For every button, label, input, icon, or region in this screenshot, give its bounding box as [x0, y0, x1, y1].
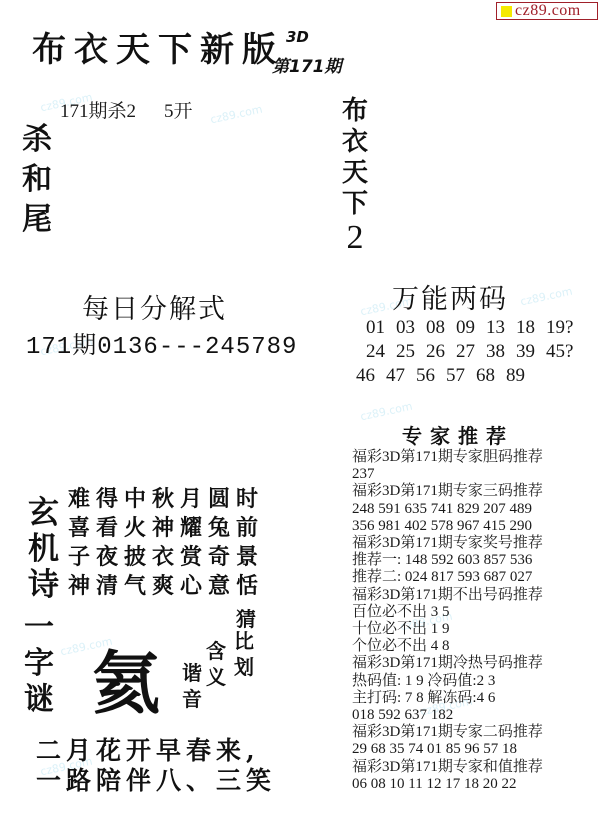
label-char: 下 [342, 189, 368, 220]
expert-line: 福彩3D第171期专家二码推荐 [352, 724, 592, 741]
verse-line: 二月花开早春来, [36, 736, 276, 766]
poem-line: 神清气爽心意恬 [68, 572, 264, 601]
expert-line: 福彩3D第171期专家胆码推荐 [352, 449, 592, 466]
label-char: 音 [182, 686, 202, 712]
page-title: 布衣天下新版 [32, 22, 284, 71]
label-char: 字 [24, 646, 54, 682]
game-label: 3D [286, 28, 309, 46]
expert-list: 福彩3D第171期专家胆码推荐 237 福彩3D第171期专家三码推荐 248 … [352, 449, 592, 793]
label-char: 天 [342, 158, 368, 189]
hint-strokes: 比 划 [234, 628, 254, 680]
daily-line: 171期0136---245789 [26, 325, 297, 361]
watermark: cz89.com [209, 103, 263, 127]
brand-text: cz89.com [515, 2, 581, 20]
expert-line: 热码值: 1 9 冷码值:2 3 [352, 673, 592, 690]
poem-lines: 难得中秋月圆时 喜看火神耀兔前 子夜披衣赏奇景 神清气爽心意恬 [68, 485, 264, 601]
side-vertical-title: 布 衣 天 下 2 [342, 96, 368, 256]
code: 26 [426, 340, 456, 364]
two-codes-row: 24 25 26 27 38 39 45? [356, 340, 576, 364]
daily-title: 每日分解式 [82, 287, 227, 326]
code: 18 [516, 316, 546, 340]
label-char: 划 [234, 654, 254, 680]
verse: 二月花开早春来, 一路陪伴八、三笑 [36, 736, 276, 796]
code: 24 [366, 340, 396, 364]
expert-line: 推荐一: 148 592 603 857 536 [352, 552, 592, 569]
expert-line: 福彩3D第171期专家三码推荐 [352, 483, 592, 500]
label-char: 机 [28, 531, 59, 567]
expert-line: 356 981 402 578 967 415 290 [352, 518, 592, 535]
expert-title: 专家推荐 [402, 420, 514, 449]
expert-line: 06 08 10 11 12 17 18 20 22 [352, 776, 592, 793]
label-char: 布 [342, 96, 368, 127]
label-char: 比 [234, 628, 254, 654]
code: 09 [456, 316, 486, 340]
code: 45? [546, 340, 576, 364]
code: 13 [486, 316, 516, 340]
label-char: 诗 [28, 567, 59, 603]
watermark: cz89.com [519, 285, 573, 309]
hint-homophone: 谐 音 [182, 660, 202, 712]
riddle-character: 氦 [92, 630, 160, 727]
kill-vertical-label: 杀 和 尾 [22, 120, 52, 240]
expert-line: 福彩3D第171期专家和值推荐 [352, 759, 592, 776]
kill-text: 171期杀2 [60, 101, 136, 122]
expert-line: 018 592 637 182 [352, 707, 592, 724]
poem-label: 玄 机 诗 [28, 495, 59, 603]
label-char: 谐 [182, 660, 202, 686]
code: 38 [486, 340, 516, 364]
expert-line: 十位必不出 1 9 [352, 621, 592, 638]
brand-badge[interactable]: cz89.com [496, 2, 598, 20]
code: 39 [516, 340, 546, 364]
poem-line: 喜看火神耀兔前 [68, 514, 264, 543]
hint-meaning: 含 义 [206, 638, 226, 690]
kill-line: 171期杀25开 [60, 96, 193, 123]
expert-line: 福彩3D第171期冷热号码推荐 [352, 655, 592, 672]
label-char: 杀 [22, 120, 52, 160]
two-codes-grid: 01 03 08 09 13 18 19? 24 25 26 27 38 39 … [356, 316, 576, 388]
expert-line: 29 68 35 74 01 85 96 57 18 [352, 741, 592, 758]
two-codes-row: 01 03 08 09 13 18 19? [356, 316, 576, 340]
label-char: 义 [206, 664, 226, 690]
code: 57 [446, 364, 476, 388]
verse-line: 一路陪伴八、三笑 [36, 766, 276, 796]
expert-line: 个位必不出 4 8 [352, 638, 592, 655]
code: 25 [396, 340, 426, 364]
expert-line: 推荐二: 024 817 593 687 027 [352, 569, 592, 586]
label-char: 一 [24, 610, 54, 646]
code: 27 [456, 340, 486, 364]
expert-line: 主打码: 7 8 解冻码:4 6 [352, 690, 592, 707]
kill-result: 5开 [164, 101, 193, 122]
label-char: 和 [22, 160, 52, 200]
expert-line: 福彩3D第171期不出号码推荐 [352, 587, 592, 604]
code: 46 [356, 364, 386, 388]
expert-line: 248 591 635 741 829 207 489 [352, 501, 592, 518]
brand-square-icon [501, 6, 512, 17]
two-codes-row: 46 47 56 57 68 89 [356, 364, 576, 388]
poem-line: 难得中秋月圆时 [68, 485, 264, 514]
label-char: 玄 [28, 495, 59, 531]
label-char: 谜 [24, 682, 54, 718]
expert-line: 福彩3D第171期专家奖号推荐 [352, 535, 592, 552]
label-char: 尾 [22, 200, 52, 240]
period-label: 第171期 [272, 52, 342, 77]
code: 68 [476, 364, 506, 388]
expert-line: 237 [352, 466, 592, 483]
expert-line: 百位必不出 3 5 [352, 604, 592, 621]
code: 56 [416, 364, 446, 388]
label-char: 衣 [342, 127, 368, 158]
riddle-label: 一 字 谜 [24, 610, 54, 718]
code: 01 [366, 316, 396, 340]
side-number: 2 [347, 220, 364, 256]
code: 89 [506, 364, 536, 388]
code: 08 [426, 316, 456, 340]
label-char: 含 [206, 638, 226, 664]
code: 03 [396, 316, 426, 340]
poem-line: 子夜披衣赏奇景 [68, 543, 264, 572]
code: 19? [546, 316, 576, 340]
code: 47 [386, 364, 416, 388]
two-codes-title: 万能两码 [392, 277, 508, 316]
